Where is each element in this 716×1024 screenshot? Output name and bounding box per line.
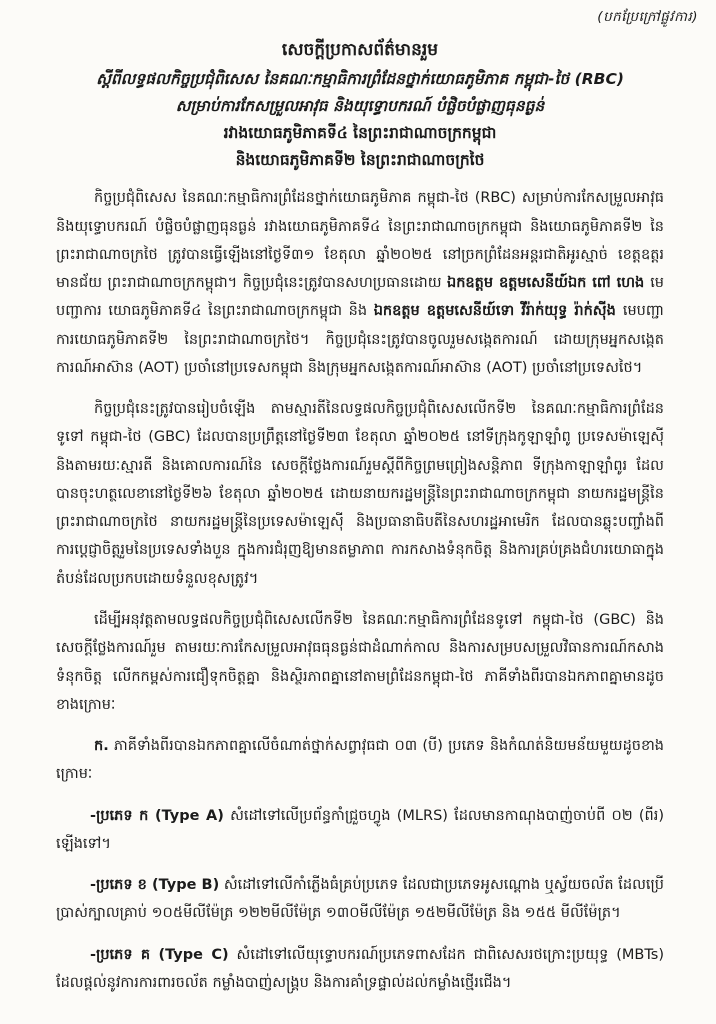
paragraph-2: កិច្ចប្រជុំនេះត្រូវបានរៀបចំឡើង តាមស្មារត… xyxy=(56,395,664,593)
bullet-type-b: -ប្រភេទ ខ (Type B) សំដៅទៅលើកាំភ្លើងធំគ្រ… xyxy=(56,871,664,928)
paragraph-2-text: កិច្ចប្រជុំនេះត្រូវបានរៀបចំឡើង តាមស្មារត… xyxy=(56,401,664,587)
unofficial-translation-note: (បកប្រែក្រៅផ្លូវការ) xyxy=(56,8,698,28)
section-a-label: ក. xyxy=(94,738,109,754)
thai-commander-name: ឯកឧត្តម ឧត្តមសេនីយ៍ទោ វីរ៉ាក់យុទ្ធ រ៉ាក់… xyxy=(374,303,623,319)
title-line-1: សេចក្តីប្រកាសព័ត៌មានរួម xyxy=(46,36,674,66)
paragraph-3-text: ដើម្បីអនុវត្តតាមលទ្ធផលកិច្ចប្រជុំពិសេសលើ… xyxy=(56,612,664,713)
bullet-type-b-label: -ប្រភេទ ខ (Type B) xyxy=(90,877,219,893)
document-title: សេចក្តីប្រកាសព័ត៌មានរួម ស្តីពីលទ្ធផលកិច្… xyxy=(46,36,674,174)
paragraph-1: កិច្ចប្រជុំពិសេស នៃគណៈកម្មាធិការព្រំដែនថ… xyxy=(56,184,664,382)
title-line-3: សម្រាប់ការកែសម្រួលអាវុធ និងយុទ្ធោបករណ៍ ប… xyxy=(46,93,674,120)
section-a-text: ភាគីទាំងពីរបានឯកភាពគ្នាលើចំណាត់ថ្នាក់សព្… xyxy=(56,738,664,782)
title-line-2: ស្តីពីលទ្ធផលកិច្ចប្រជុំពិសេស នៃគណៈកម្មាធ… xyxy=(46,66,674,93)
bullet-type-c: -ប្រភេទ គ (Type C) សំដៅទៅលើយុទ្ធោបករណ៍ប្… xyxy=(56,941,664,998)
bullet-type-a: -ប្រភេទ ក (Type A) សំដៅទៅលើប្រព័ន្ធកាំជ្… xyxy=(56,802,664,859)
title-line-5: និងយោធភូមិភាគទី២ នៃព្រះរាជាណាចក្រថៃ xyxy=(46,147,674,174)
paragraph-3: ដើម្បីអនុវត្តតាមលទ្ធផលកិច្ចប្រជុំពិសេសលើ… xyxy=(56,606,664,719)
cambodian-commander-name: ឯកឧត្តម ឧត្តមសេនីយ៍ឯក ពៅ ហេង xyxy=(447,275,650,291)
document-page: (បកប្រែក្រៅផ្លូវការ) សេចក្តីប្រកាសព័ត៌មា… xyxy=(0,0,716,1024)
bullet-type-c-label: -ប្រភេទ គ (Type C) xyxy=(90,947,229,963)
bullet-type-a-label: -ប្រភេទ ក (Type A) xyxy=(90,808,224,824)
section-a-heading: ក. ភាគីទាំងពីរបានឯកភាពគ្នាលើចំណាត់ថ្នាក់… xyxy=(56,732,664,789)
title-line-4: រវាងយោធភូមិភាគទី៤ នៃព្រះរាជាណាចក្រកម្ពុជ… xyxy=(46,120,674,147)
